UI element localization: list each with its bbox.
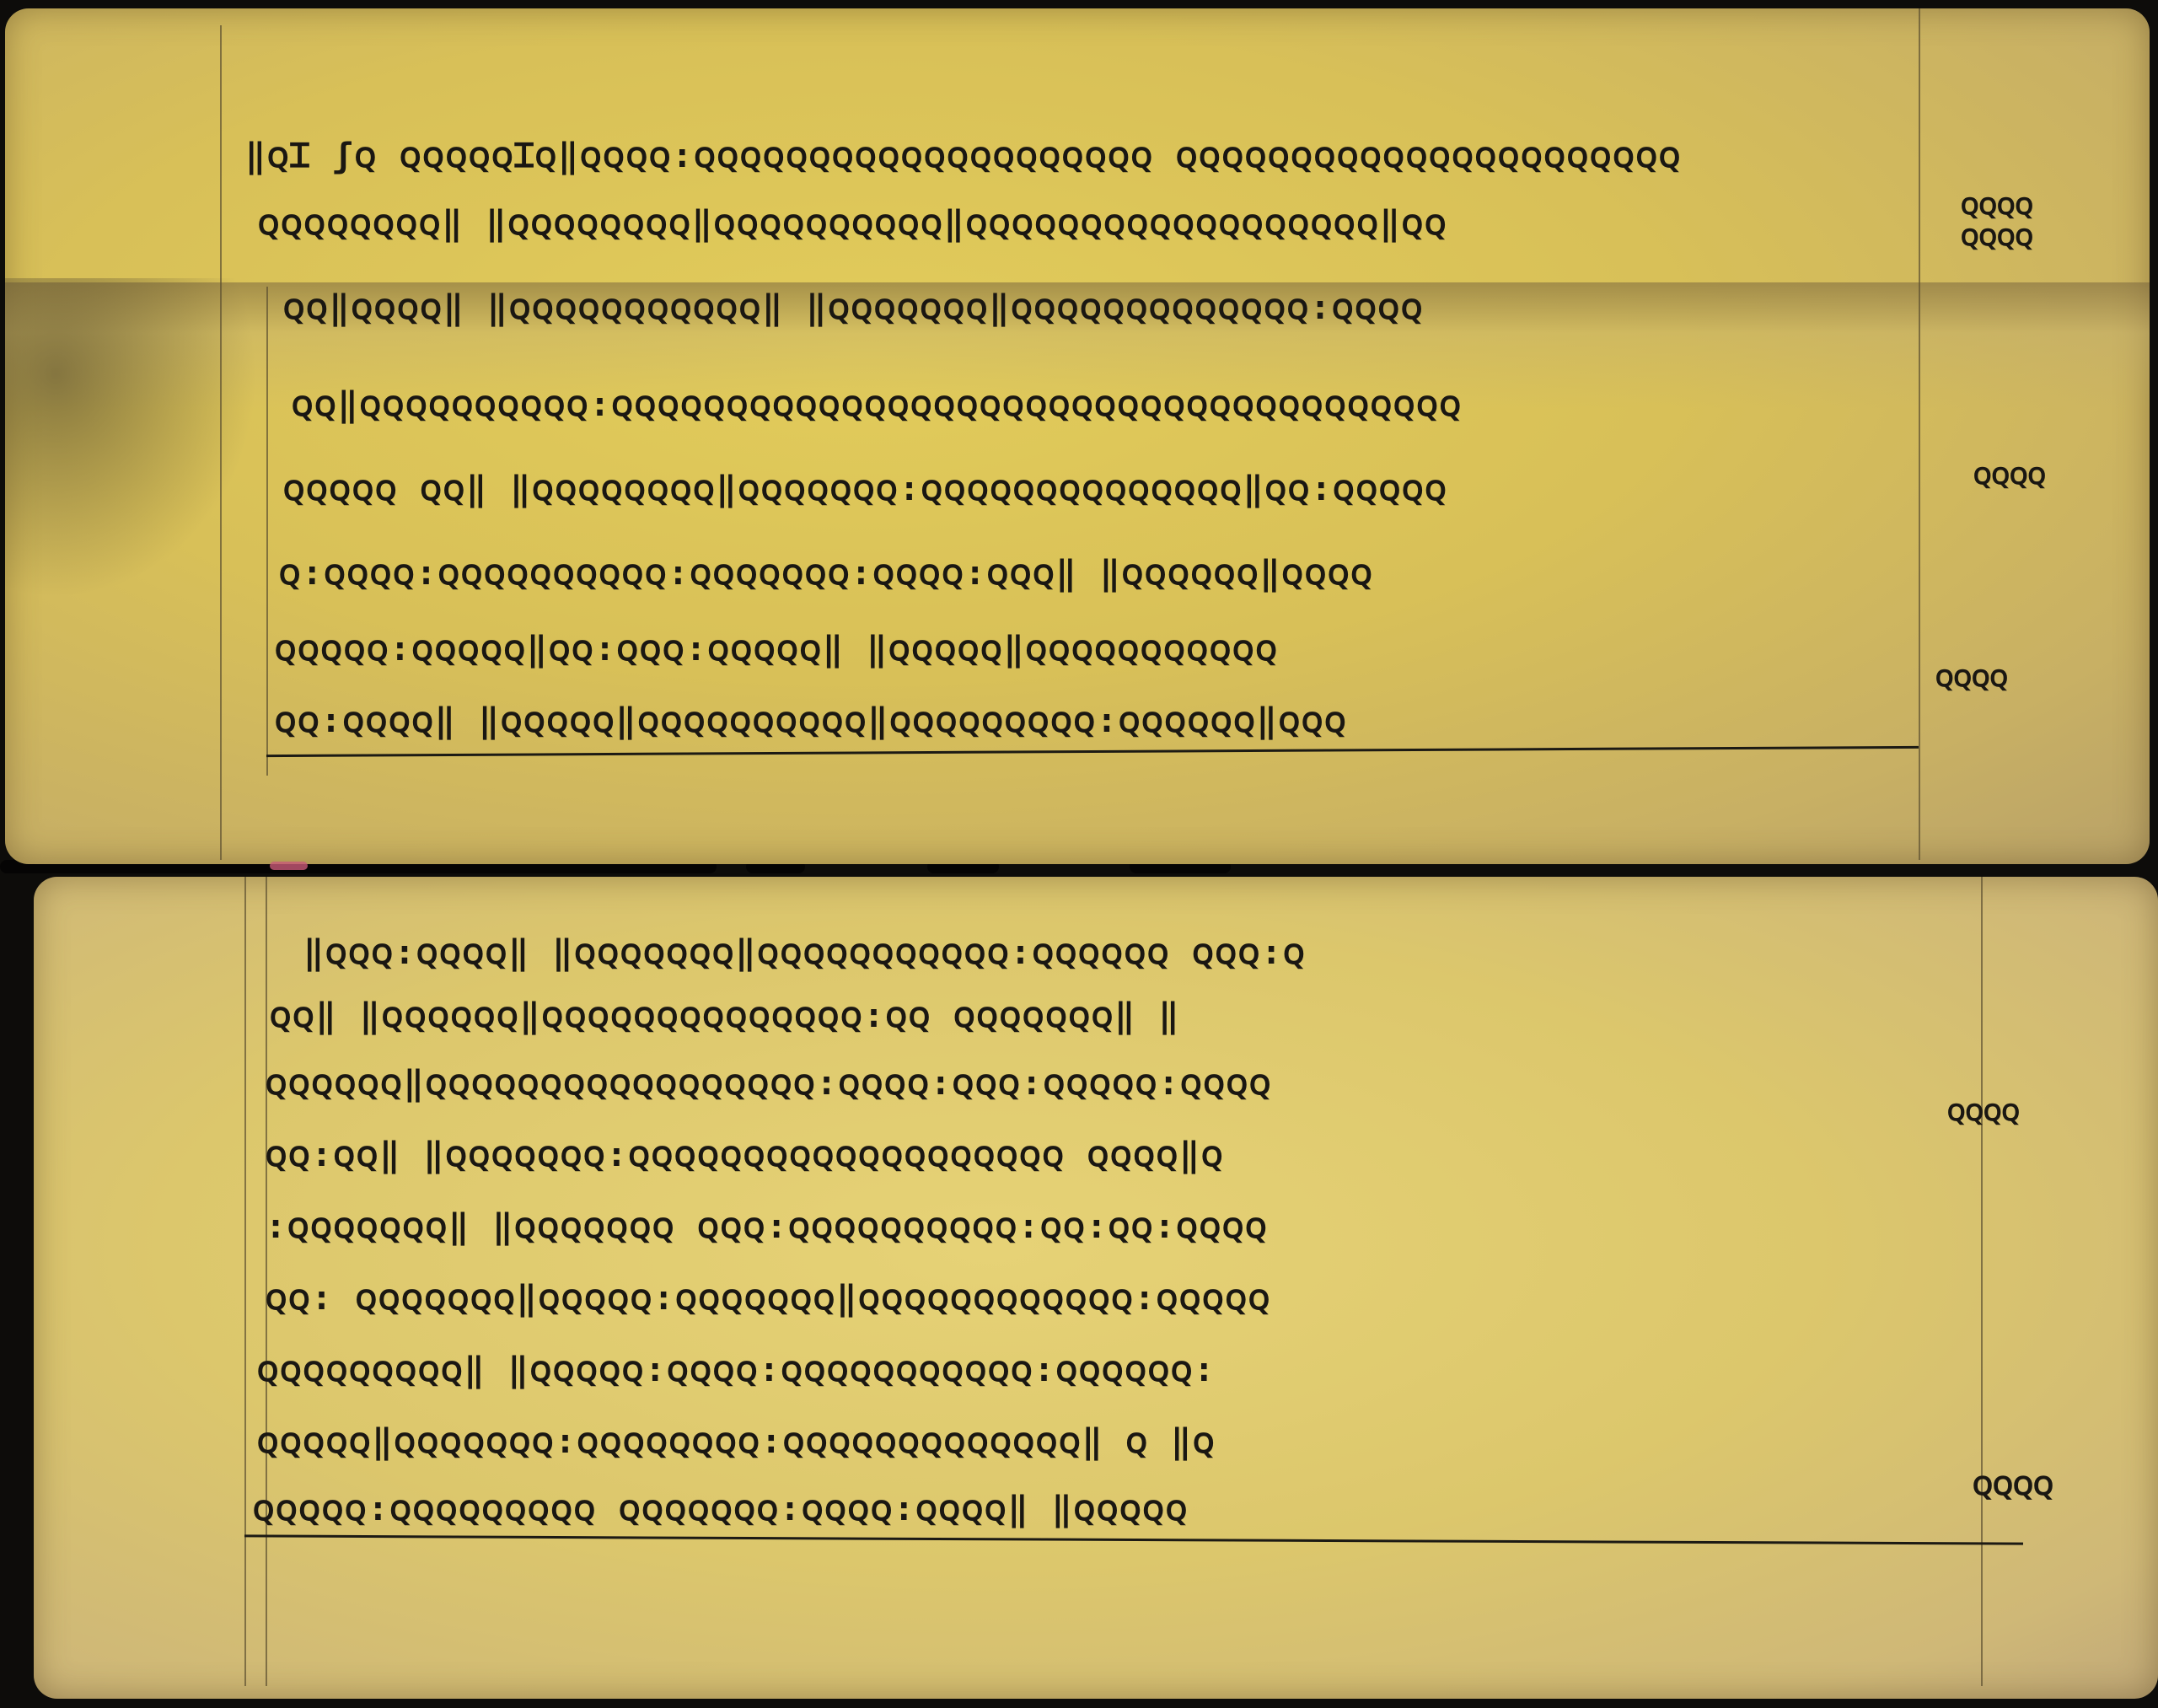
text-line: ꞯꞯ‖ꞯꞯꞯꞯ‖ ‖ꞯꞯꞯꞯꞯꞯꞯꞯꞯꞯꞯ‖ ‖ꞯꞯꞯꞯꞯꞯꞯ‖ꞯꞯꞯꞯꞯꞯꞯꞯ… [283, 282, 1424, 329]
margin-note: ꞯꞯꞯꞯ [1935, 662, 2008, 693]
baseline-rule [266, 746, 1919, 757]
text-line: ‖ꞯꞯꞯ:ꞯꞯꞯꞯ‖ ‖ꞯꞯꞯꞯꞯꞯꞯ‖ꞯꞯꞯꞯꞯꞯꞯꞯꞯꞯꞯ:ꞯꞯꞯꞯꞯꞯ ꞯ… [303, 927, 1307, 974]
text-line: ꞯꞯꞯꞯꞯꞯꞯꞯꞯ‖ ‖ꞯꞯꞯꞯꞯ:ꞯꞯꞯꞯ:ꞯꞯꞯꞯꞯꞯꞯꞯꞯꞯꞯ:ꞯꞯꞯꞯꞯ… [257, 1345, 1216, 1391]
text-line: :ꞯꞯꞯꞯꞯꞯꞯ‖ ‖ꞯꞯꞯꞯꞯꞯꞯ ꞯꞯꞯ:ꞯꞯꞯꞯꞯꞯꞯꞯꞯꞯ:ꞯꞯ:ꞯꞯ:… [266, 1201, 1269, 1248]
margin-rule-left-inner [266, 287, 268, 776]
margin-note: ꞯꞯꞯꞯ [1947, 1096, 2020, 1127]
text-line: ꞯꞯꞯꞯꞯ:ꞯꞯꞯꞯꞯꞯꞯꞯꞯ ꞯꞯꞯꞯꞯꞯꞯ:ꞯꞯꞯꞯ:ꞯꞯꞯꞯ‖ ‖ꞯꞯꞯꞯ… [253, 1484, 1189, 1530]
text-line: ꞯꞯ:ꞯꞯ‖ ‖ꞯꞯꞯꞯꞯꞯꞯ:ꞯꞯꞯꞯꞯꞯꞯꞯꞯꞯꞯꞯꞯꞯꞯꞯꞯꞯꞯ ꞯꞯꞯꞯ… [266, 1130, 1224, 1176]
text-line: ꞯꞯꞯꞯꞯ:ꞯꞯꞯꞯꞯ‖ꞯꞯ:ꞯꞯꞯ:ꞯꞯꞯꞯꞯ‖ ‖ꞯꞯꞯꞯꞯ‖ꞯꞯꞯꞯꞯꞯꞯ… [275, 624, 1279, 670]
text-line: ꞯꞯꞯꞯꞯꞯꞯꞯ‖ ‖ꞯꞯꞯꞯꞯꞯꞯꞯ‖ꞯꞯꞯꞯꞯꞯꞯꞯꞯꞯ‖ꞯꞯꞯꞯꞯꞯꞯꞯꞯ… [258, 198, 1447, 244]
text-line: ‖ꞯꞮ ʃꞯ ꞯꞯꞯꞯꞯꞮꞯ‖ꞯꞯꞯꞯ:ꞯꞯꞯꞯꞯꞯꞯꞯꞯꞯꞯꞯꞯꞯꞯꞯꞯꞯꞯꞯ… [245, 131, 1682, 177]
text-line: ꞯꞯꞯꞯꞯꞯ‖ꞯꞯꞯꞯꞯꞯꞯꞯꞯꞯꞯꞯꞯꞯꞯꞯꞯ:ꞯꞯꞯꞯ:ꞯꞯꞯ:ꞯꞯꞯꞯꞯ:… [266, 1058, 1272, 1104]
text-line: ꞯꞯ:ꞯꞯꞯꞯ‖ ‖ꞯꞯꞯꞯꞯ‖ꞯꞯꞯꞯꞯꞯꞯꞯꞯꞯ‖ꞯꞯꞯꞯꞯꞯꞯꞯꞯ:ꞯꞯꞯ… [275, 696, 1348, 742]
text-line: ꞯꞯ‖ ‖ꞯꞯꞯꞯꞯꞯ‖ꞯꞯꞯꞯꞯꞯꞯꞯꞯꞯꞯꞯꞯꞯ:ꞯꞯ ꞯꞯꞯꞯꞯꞯꞯ‖ ‖ [270, 991, 1180, 1037]
text-line: ꞯꞯꞯꞯꞯ ꞯꞯ‖ ‖ꞯꞯꞯꞯꞯꞯꞯꞯ‖ꞯꞯꞯꞯꞯꞯꞯ:ꞯꞯꞯꞯꞯꞯꞯꞯꞯꞯꞯꞯ… [283, 464, 1448, 510]
margin-rule-right [1919, 8, 1920, 860]
margin-rule-left [220, 25, 222, 860]
margin-rule-left [244, 877, 246, 1686]
text-line: ꞯꞯ: ꞯꞯꞯꞯꞯꞯꞯ‖ꞯꞯꞯꞯꞯ:ꞯꞯꞯꞯꞯꞯꞯ‖ꞯꞯꞯꞯꞯꞯꞯꞯꞯꞯꞯꞯ:ꞯ… [266, 1273, 1271, 1319]
manuscript-folio-top: ‖ꞯꞮ ʃꞯ ꞯꞯꞯꞯꞯꞮꞯ‖ꞯꞯꞯꞯ:ꞯꞯꞯꞯꞯꞯꞯꞯꞯꞯꞯꞯꞯꞯꞯꞯꞯꞯꞯꞯ… [5, 8, 2150, 864]
manuscript-folio-bottom: ‖ꞯꞯꞯ:ꞯꞯꞯꞯ‖ ‖ꞯꞯꞯꞯꞯꞯꞯ‖ꞯꞯꞯꞯꞯꞯꞯꞯꞯꞯꞯ:ꞯꞯꞯꞯꞯꞯ ꞯ… [34, 877, 2158, 1699]
text-line: ꞯ:ꞯꞯꞯꞯ:ꞯꞯꞯꞯꞯꞯꞯꞯꞯꞯ:ꞯꞯꞯꞯꞯꞯꞯ:ꞯꞯꞯꞯ:ꞯꞯꞯ‖ ‖ꞯꞯꞯ… [279, 548, 1374, 594]
baseline-rule [244, 1534, 2023, 1544]
margin-note: ꞯꞯꞯꞯ [1973, 1467, 2053, 1502]
margin-note: ꞯꞯꞯꞯ [1973, 459, 2046, 491]
margin-note: ꞯꞯꞯꞯ ꞯꞯꞯꞯ [1961, 190, 2033, 253]
text-line: ꞯꞯꞯꞯꞯ‖ꞯꞯꞯꞯꞯꞯꞯ:ꞯꞯꞯꞯꞯꞯꞯꞯ:ꞯꞯꞯꞯꞯꞯꞯꞯꞯꞯꞯꞯꞯ‖ ꞯ … [257, 1416, 1216, 1463]
margin-rule-right [1981, 877, 1983, 1686]
text-line: ꞯꞯ‖ꞯꞯꞯꞯꞯꞯꞯꞯꞯꞯ:ꞯꞯꞯꞯꞯꞯꞯꞯꞯꞯꞯꞯꞯꞯꞯꞯꞯꞯꞯꞯꞯꞯꞯꞯꞯꞯ… [292, 379, 1463, 426]
red-thread [270, 862, 308, 870]
